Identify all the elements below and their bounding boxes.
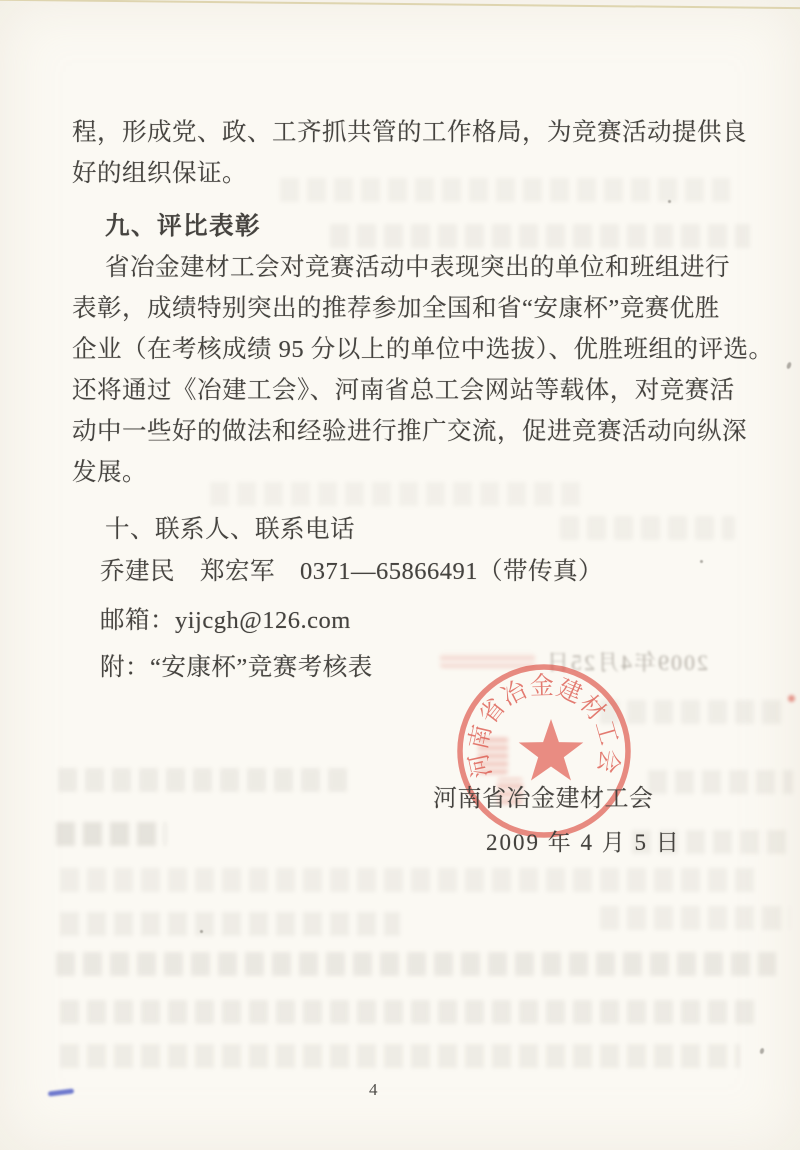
scanned-document-page: 2009年4月25日 程，形成党、政、工齐抓共管的工作格局，为竞赛活动提供良 好… — [0, 0, 800, 1150]
bleedthrough-line — [648, 770, 793, 794]
bleedthrough-line — [60, 868, 760, 892]
bleedthrough-line — [60, 1044, 740, 1068]
bleedthrough-line — [56, 952, 776, 976]
section-heading-nine: 九、评比表彰 — [72, 206, 738, 247]
signature-date: 2009 年 4 月 5 日 — [486, 824, 681, 857]
scan-speck — [759, 1048, 764, 1055]
body-text: 程，形成党、政、工齐抓共管的工作格局，为竞赛活动提供良 好的组织保证。 九、评比… — [72, 112, 738, 689]
body-line: 还将通过《冶建工会》、河南省总工会网站等载体，对竞赛活 — [72, 370, 738, 411]
body-line: 动中一些好的做法和经验进行推广交流，促进竞赛活动向纵深 — [72, 411, 738, 452]
body-line: 好的组织保证。 — [72, 153, 738, 194]
bleedthrough-line — [60, 912, 400, 936]
body-line: 程，形成党、政、工齐抓共管的工作格局，为竞赛活动提供良 — [72, 112, 738, 153]
red-ink-dot — [788, 695, 795, 702]
seal-bleed-fragment — [440, 652, 535, 668]
body-line: 发展。 — [72, 452, 738, 493]
seal-bleed-fragment — [478, 736, 508, 774]
page-number: 4 — [369, 1080, 379, 1100]
signature-org: 河南省冶金建材工会 — [433, 778, 654, 813]
scan-edge-line — [0, 0, 800, 9]
section-heading-ten: 十、联系人、联系电话 — [72, 509, 738, 550]
email-line: 邮箱：yijcgh@126.com — [72, 599, 738, 642]
bleedthrough-line — [600, 906, 790, 930]
pen-mark-blue — [48, 1088, 74, 1096]
contact-line: 乔建民 郑宏军 0371—65866491（带传真） — [72, 550, 738, 593]
scan-speck — [668, 200, 671, 203]
body-line: 省冶金建材工会对竞赛活动中表现突出的单位和班组进行 — [72, 247, 738, 288]
bleedthrough-line — [58, 768, 353, 792]
body-line: 企业（在考核成绩 95 分以上的单位中选拔）、优胜班组的评选。 — [72, 329, 738, 370]
scan-speck — [200, 930, 203, 933]
scan-speck — [786, 362, 792, 370]
bleedthrough-line — [60, 1000, 760, 1024]
seal-star-icon — [519, 719, 584, 781]
body-line: 表彰，成绩特别突出的推荐参加全国和省“安康杯”竞赛优胜 — [72, 288, 738, 329]
scan-speck — [700, 560, 703, 563]
bleedthrough-line — [56, 822, 166, 846]
